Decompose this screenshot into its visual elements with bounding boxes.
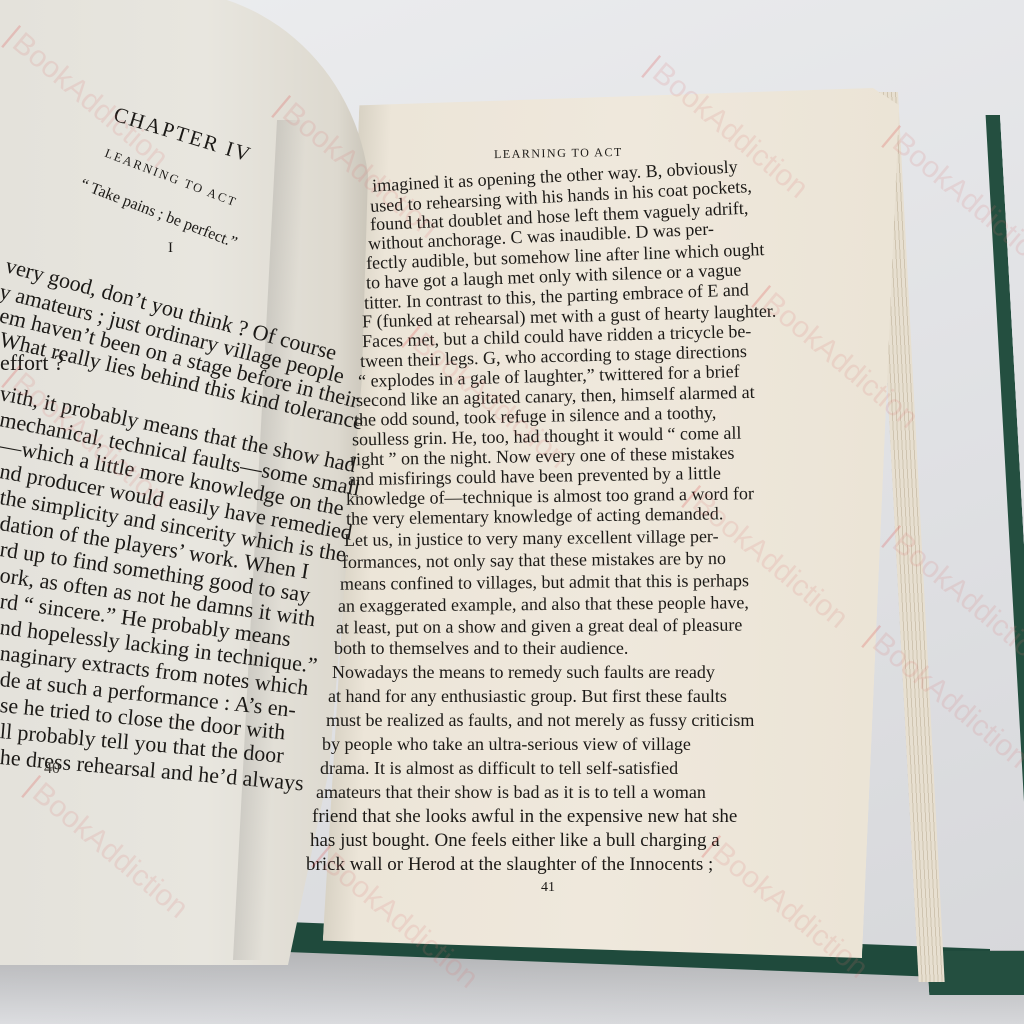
right-line: must be realized as faults, and not mere… (326, 710, 754, 731)
page-number-right: 41 (541, 880, 555, 896)
right-line: at hand for any enthusiastic group. But … (328, 686, 727, 707)
running-head: LEARNING TO ACT (494, 145, 623, 162)
right-line: friend that she looks awful in the expen… (312, 806, 737, 828)
right-line: both to themselves and to their audience… (334, 638, 628, 659)
right-line: Let us, in justice to very many excellen… (344, 526, 719, 551)
right-line: drama. It is almost as difficult to tell… (320, 758, 678, 779)
right-line: brick wall or Herod at the slaughter of … (306, 854, 713, 876)
right-line: means confined to villages, but admit th… (340, 570, 749, 595)
section-number: I (168, 240, 173, 257)
left-line: effort ? (0, 350, 64, 376)
book-photo: CHAPTER IV LEARNING TO ACT “ Take pains … (0, 0, 1024, 1024)
right-line: amateurs that their show is bad as it is… (316, 782, 706, 803)
right-line: formances, not only say that these mista… (342, 548, 726, 573)
right-line: an exaggerated example, and also that th… (338, 592, 749, 617)
right-line: at least, put on a show and given a grea… (336, 615, 742, 639)
right-line: by people who take an ultra-serious view… (322, 734, 691, 755)
page-number-left: 40 (44, 760, 60, 778)
right-line: has just bought. One feels either like a… (310, 830, 720, 852)
right-line: Nowadays the means to remedy such faults… (332, 662, 715, 683)
